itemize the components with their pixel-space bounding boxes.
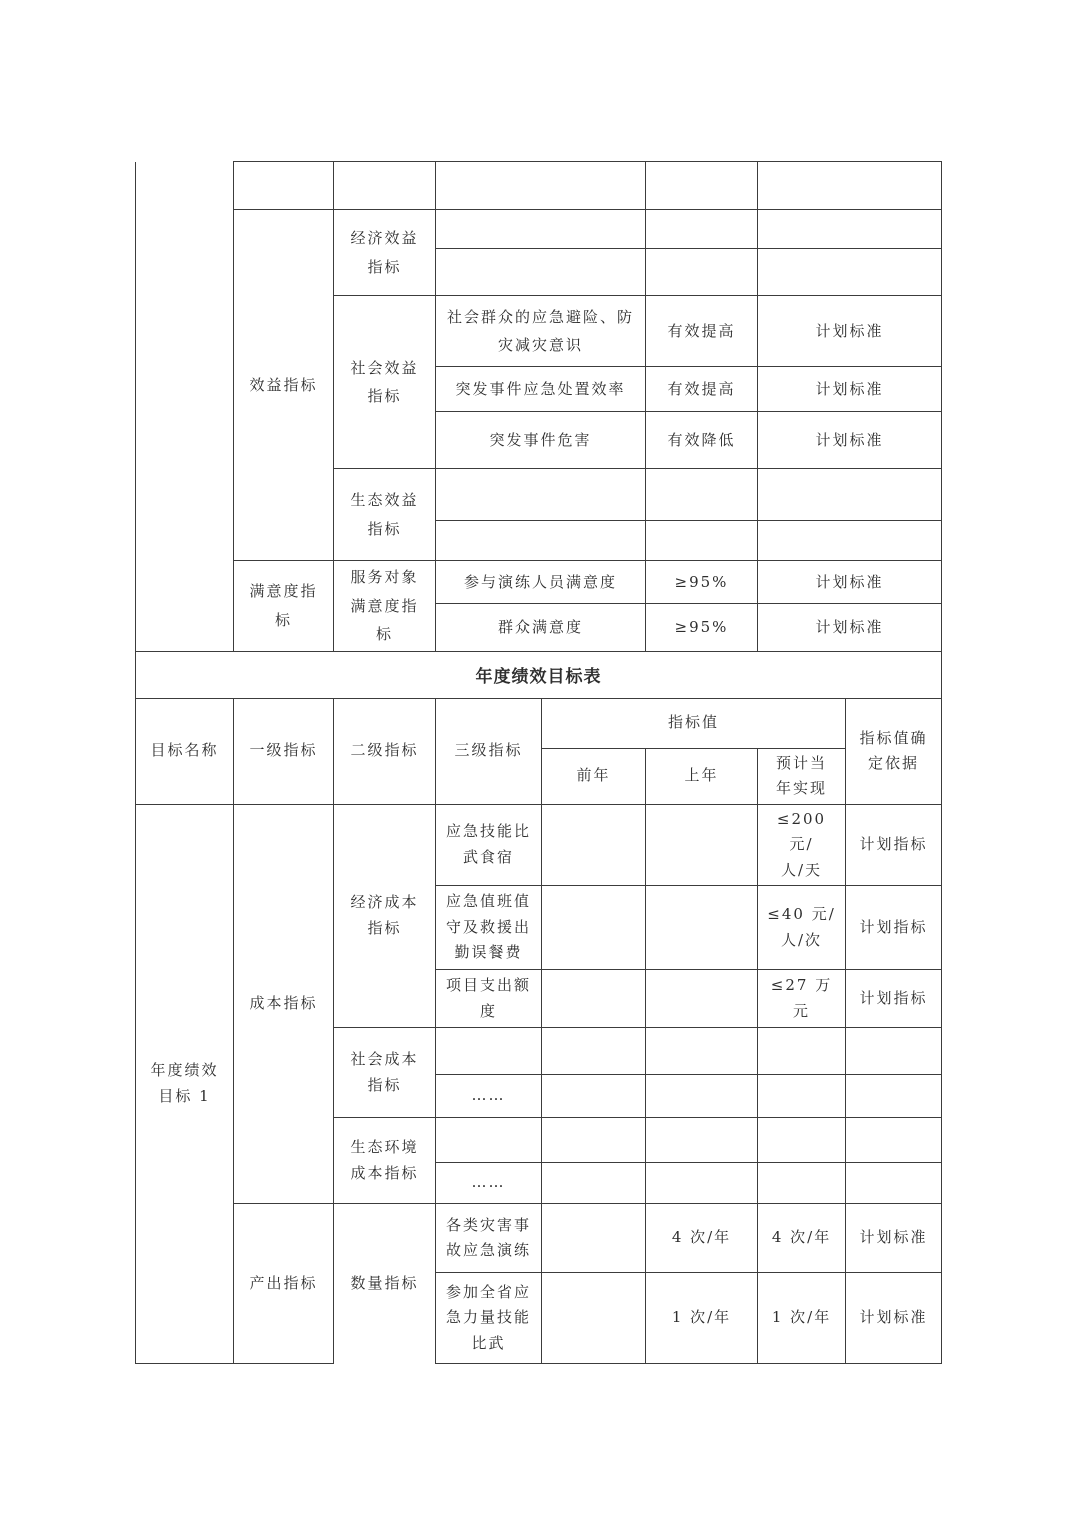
level3-cell: 各类灾害事 故应急演练 [436, 1204, 542, 1273]
basis-cell: 计划标准 [758, 367, 942, 412]
empty-cell [646, 469, 758, 521]
empty-cell [646, 162, 758, 210]
empty-cell [542, 1163, 646, 1204]
empty-cell [758, 249, 942, 296]
ellipsis-cell: …… [436, 1163, 542, 1204]
empty-cell [846, 1118, 942, 1163]
header-year-before-last: 前年 [542, 748, 646, 804]
basis-cell: 计划标准 [758, 296, 942, 367]
indicator-cell: 突发事件应急处置效率 [436, 367, 646, 412]
empty-cell [542, 1075, 646, 1118]
empty-cell [758, 469, 942, 521]
empty-cell [542, 804, 646, 886]
empty-cell [234, 162, 334, 210]
expected-value-cell: 1 次/年 [758, 1273, 846, 1364]
header-value-basis: 指标值确 定依据 [846, 698, 942, 804]
value-cell: 有效提高 [646, 296, 758, 367]
empty-cell [758, 1028, 846, 1075]
basis-cell: 计划标准 [758, 412, 942, 469]
empty-cell [758, 1075, 846, 1118]
indicator-cell: 群众满意度 [436, 604, 646, 651]
last-year-value-cell: 1 次/年 [646, 1273, 758, 1364]
empty-cell [542, 1204, 646, 1273]
empty-cell [758, 521, 942, 561]
empty-cell [436, 249, 646, 296]
empty-cell [646, 210, 758, 249]
basis-cell: 计划标准 [846, 1273, 942, 1364]
empty-cell [758, 1163, 846, 1204]
level3-cell: 项目支出额 度 [436, 970, 542, 1028]
empty-cell [436, 162, 646, 210]
empty-cell [846, 1028, 942, 1075]
basis-cell: 计划指标 [846, 804, 942, 886]
basis-cell: 计划标准 [758, 604, 942, 651]
expected-value-cell: 4 次/年 [758, 1204, 846, 1273]
value-cell: 有效提高 [646, 367, 758, 412]
empty-cell [542, 970, 646, 1028]
level3-cell: 参加全省应 急力量技能 比武 [436, 1273, 542, 1364]
cost-group-cell: 成本指标 [234, 804, 334, 1204]
expected-value-cell: ≤40 元/ 人/次 [758, 886, 846, 970]
empty-cell [758, 210, 942, 249]
empty-cell [436, 1118, 542, 1163]
empty-cell [436, 210, 646, 249]
header-level1: 一级指标 [234, 698, 334, 804]
empty-cell [846, 1163, 942, 1204]
eco-benefit-cell: 生态效益 指标 [334, 469, 436, 561]
empty-cell [436, 469, 646, 521]
header-indicator-value: 指标值 [542, 698, 846, 748]
empty-cell [646, 1075, 758, 1118]
empty-cell [542, 1118, 646, 1163]
economic-cost-cell: 经济成本 指标 [334, 804, 436, 1028]
empty-cell [436, 1028, 542, 1075]
level3-cell: 应急技能比 武食宿 [436, 804, 542, 886]
level3-cell: 应急值班值 守及救援出 勤误餐费 [436, 886, 542, 970]
header-level2: 二级指标 [334, 698, 436, 804]
empty-cell [646, 886, 758, 970]
quantity-cell: 数量指标 [334, 1204, 436, 1364]
header-expected-current-year: 预计当 年实现 [758, 748, 846, 804]
empty-cell [646, 521, 758, 561]
empty-cell [758, 1118, 846, 1163]
empty-cell [542, 886, 646, 970]
document-page: 效益指标 经济效益 指标 社会效益 指标 社会群众的应急避险、防 灾减灾意识 有… [135, 161, 942, 1364]
satisfaction-group-cell: 满意度指 标 [234, 561, 334, 652]
indicator-cell: 社会群众的应急避险、防 灾减灾意识 [436, 296, 646, 367]
value-cell: 有效降低 [646, 412, 758, 469]
social-benefit-cell: 社会效益 指标 [334, 296, 436, 469]
basis-cell: 计划标准 [846, 1204, 942, 1273]
basis-cell: 计划指标 [846, 886, 942, 970]
last-year-value-cell: 4 次/年 [646, 1204, 758, 1273]
empty-cell [646, 1028, 758, 1075]
benefit-group-cell: 效益指标 [234, 210, 334, 561]
social-cost-cell: 社会成本 指标 [334, 1028, 436, 1118]
empty-cell [542, 1028, 646, 1075]
eco-cost-cell: 生态环境 成本指标 [334, 1118, 436, 1204]
indicator-cell: 参与演练人员满意度 [436, 561, 646, 604]
empty-cell [646, 970, 758, 1028]
economic-benefit-cell: 经济效益 指标 [334, 210, 436, 296]
value-cell: ≥95% [646, 604, 758, 651]
output-group-cell: 产出指标 [234, 1204, 334, 1364]
empty-cell [646, 1118, 758, 1163]
basis-cell: 计划标准 [758, 561, 942, 604]
header-level3: 三级指标 [436, 698, 542, 804]
annual-performance-table: 目标名称 一级指标 二级指标 三级指标 指标值 指标值确 定依据 前年 上年 预… [135, 698, 942, 1365]
empty-cell [334, 162, 436, 210]
ellipsis-cell: …… [436, 1075, 542, 1118]
empty-cell [542, 1273, 646, 1364]
indicator-cell: 突发事件危害 [436, 412, 646, 469]
empty-cell [846, 1075, 942, 1118]
goal-name-cell: 年度绩效 目标 1 [136, 804, 234, 1364]
empty-cell [646, 249, 758, 296]
section-title: 年度绩效目标表 [135, 652, 942, 698]
left-continued-cell [136, 162, 234, 652]
basis-cell: 计划指标 [846, 970, 942, 1028]
service-satisfaction-cell: 服务对象 满意度指 标 [334, 561, 436, 652]
empty-cell [758, 162, 942, 210]
benefit-indicators-table: 效益指标 经济效益 指标 社会效益 指标 社会群众的应急避险、防 灾减灾意识 有… [135, 161, 942, 652]
expected-value-cell: ≤27 万元 [758, 970, 846, 1028]
value-cell: ≥95% [646, 561, 758, 604]
empty-cell [436, 521, 646, 561]
empty-cell [646, 804, 758, 886]
header-goal-name: 目标名称 [136, 698, 234, 804]
empty-cell [646, 1163, 758, 1204]
expected-value-cell: ≤200 元/ 人/天 [758, 804, 846, 886]
header-last-year: 上年 [646, 748, 758, 804]
